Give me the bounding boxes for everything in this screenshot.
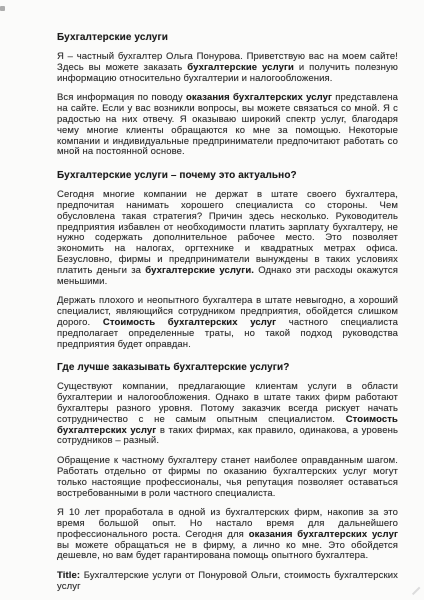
bold-text-run: оказания бухгалтерских услуг <box>186 92 332 103</box>
section-heading-why-relevant: Бухгалтерские услуги – почему это актуал… <box>57 170 398 181</box>
intro-paragraph: Я – частный бухгалтер Ольга Понурова. Пр… <box>57 52 398 84</box>
bold-text-run: Title: <box>57 570 80 581</box>
personal-experience-paragraph: Я 10 лет проработала в одной из бухгалте… <box>57 508 398 562</box>
text-run: Вся информация по поводу <box>57 92 186 103</box>
scan-artifact-top-left <box>0 6 5 11</box>
text-run: Обращение к частному бухгалтеру станет н… <box>57 455 398 498</box>
bold-text-run: Стоимость бухгалтерских услуг <box>103 317 276 328</box>
why-relevant-paragraph-1: Сегодня многие компании не держат в штат… <box>57 190 398 287</box>
title-meta-line: Title: Бухгалтерские услуги от Понуровой… <box>57 571 398 593</box>
bold-text-run: Где лучше заказывать бухгалтерские услуг… <box>57 362 290 373</box>
section-heading-where-to-order: Где лучше заказывать бухгалтерские услуг… <box>57 362 398 373</box>
bold-text-run: Бухгалтерские услуги <box>57 32 168 43</box>
where-to-order-paragraph-1: Существуют компании, предлагающие клиент… <box>57 382 398 447</box>
bold-text-run: бухгалтерские услуги <box>187 62 294 73</box>
bold-text-run: Бухгалтерские услуги – почему это актуал… <box>57 170 297 181</box>
scanned-document-page: { "colors": { "page_background": "#fbfbf… <box>0 0 424 600</box>
bold-text-run: оказания бухгалтерских услуг <box>249 529 398 540</box>
why-relevant-paragraph-2: Держать плохого и неопытного бухгалтера … <box>57 296 398 350</box>
document-title: Бухгалтерские услуги <box>57 32 398 43</box>
text-run: вы можете обращаться не в фирму, а лично… <box>57 540 398 562</box>
scan-artifact-bottom-right <box>412 586 420 594</box>
bold-text-run: бухгалтерские услуги. <box>145 265 254 276</box>
text-run: Бухгалтерские услуги от Понуровой Ольги,… <box>57 570 398 592</box>
where-to-order-paragraph-2: Обращение к частному бухгалтеру станет н… <box>57 456 398 499</box>
site-info-paragraph: Вся информация по поводу оказания бухгал… <box>57 93 398 158</box>
document-body: Бухгалтерские услугиЯ – частный бухгалте… <box>57 32 398 600</box>
text-run: Сегодня многие компании не держат в штат… <box>57 189 398 276</box>
